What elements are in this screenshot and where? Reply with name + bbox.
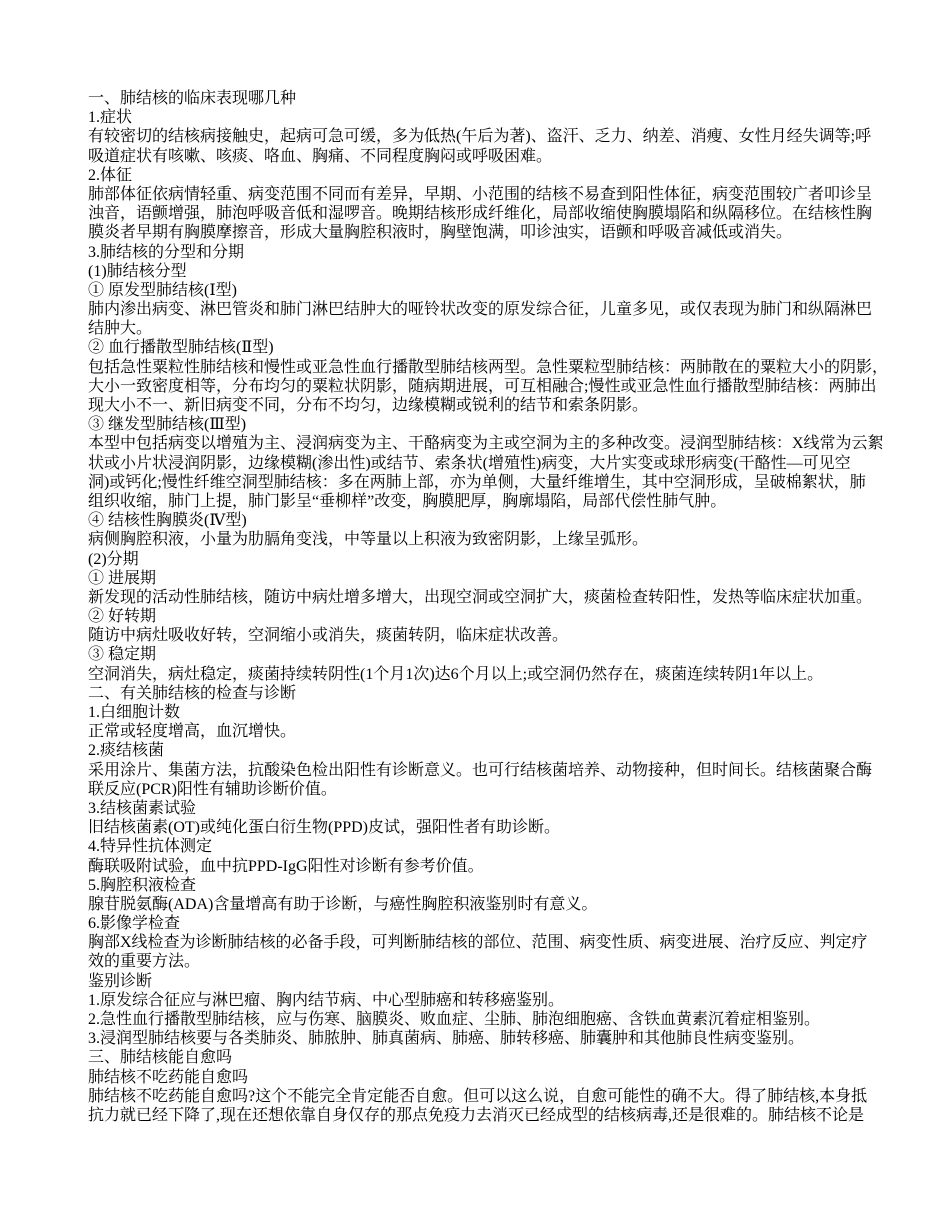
heading-line: ① 原发型肺结核(Ⅰ型) <box>88 281 940 300</box>
text-line: 浊音，语颤增强，肺泡呼吸音低和湿啰音。晚期结核形成纤维化，局部收缩使胸膜塌陷和纵… <box>88 204 940 223</box>
text-line: 腺苷脱氨酶(ADA)含量增高有助于诊断，与癌性胸腔积液鉴别时有意义。 <box>88 895 940 914</box>
heading-line: ① 进展期 <box>88 569 940 588</box>
text-line: 效的重要方法。 <box>88 952 940 971</box>
text-line: 结肿大。 <box>88 319 940 338</box>
text-line: 抗力就已经下降了,现在还想依靠自身仅存的那点免疫力去消灭已经成型的结核病毒,还是… <box>88 1106 940 1125</box>
text-line: 吸道症状有咳嗽、咳痰、咯血、胸痛、不同程度胸闷或呼吸困难。 <box>88 147 940 166</box>
heading-line: 6.影像学检查 <box>88 914 940 933</box>
heading-line: (1)肺结核分型 <box>88 262 940 281</box>
heading-line: ③ 继发型肺结核(Ⅲ型) <box>88 415 940 434</box>
text-line: 1.原发综合征应与淋巴瘤、胸内结节病、中心型肺癌和转移癌鉴别。 <box>88 991 940 1010</box>
text-line: 洞)或钙化;慢性纤维空洞型肺结核：多在两肺上部，亦为单侧，大量纤维增生，其中空洞… <box>88 473 940 492</box>
heading-line: (2)分期 <box>88 550 940 569</box>
heading-line: 3.结核菌素试验 <box>88 799 940 818</box>
heading-line: 2.痰结核菌 <box>88 741 940 760</box>
document-page: 一、肺结核的临床表现哪几种1.症状有较密切的结核病接触史，起病可急可缓，多为低热… <box>0 0 950 1230</box>
heading-line: ② 血行播散型肺结核(Ⅱ型) <box>88 338 940 357</box>
text-line: 旧结核菌素(OT)或纯化蛋白衍生物(PPD)皮试，强阳性者有助诊断。 <box>88 818 940 837</box>
text-line: 包括急性粟粒性肺结核和慢性或亚急性血行播散型肺结核两型。急性粟粒型肺结核：两肺散… <box>88 358 940 377</box>
text-line: 肺部体征依病情轻重、病变范围不同而有差异，早期、小范围的结核不易查到阳性体征，病… <box>88 185 940 204</box>
text-line: 酶联吸附试验，血中抗PPD-IgG阳性对诊断有参考价值。 <box>88 857 940 876</box>
article-text: 一、肺结核的临床表现哪几种1.症状有较密切的结核病接触史，起病可急可缓，多为低热… <box>88 89 940 1125</box>
text-line: 现大小不一、新旧病变不同，分布不均匀，边缘模糊或锐利的结节和索条阴影。 <box>88 396 940 415</box>
text-line: 膜炎者早期有胸膜摩擦音，形成大量胸腔积液时，胸壁饱满，叩诊浊实，语颤和呼吸音减低… <box>88 223 940 242</box>
text-line: 新发现的活动性肺结核，随访中病灶增多增大，出现空洞或空洞扩大，痰菌检查转阳性，发… <box>88 588 940 607</box>
text-line: 肺内渗出病变、淋巴管炎和肺门淋巴结肿大的哑铃状改变的原发综合征，儿童多见，或仅表… <box>88 300 940 319</box>
heading-line: 2.体征 <box>88 166 940 185</box>
text-line: 大小一致密度相等，分布均匀的粟粒状阴影，随病期进展，可互相融合;慢性或亚急性血行… <box>88 377 940 396</box>
text-line: 胸部X线检查为诊断肺结核的必备手段，可判断肺结核的部位、范围、病变性质、病变进展… <box>88 933 940 952</box>
heading-line: 4.特异性抗体测定 <box>88 837 940 856</box>
text-line: 3.浸润型肺结核要与各类肺炎、肺脓肿、肺真菌病、肺癌、肺转移癌、肺囊肿和其他肺良… <box>88 1029 940 1048</box>
text-line: 采用涂片、集菌方法，抗酸染色检出阳性有诊断意义。也可行结核菌培养、动物接种，但时… <box>88 761 940 780</box>
text-line: 随访中病灶吸收好转，空洞缩小或消失，痰菌转阴，临床症状改善。 <box>88 626 940 645</box>
heading-line: 5.胸腔积液检查 <box>88 876 940 895</box>
text-line: 有较密切的结核病接触史，起病可急可缓，多为低热(午后为著)、盗汗、乏力、纳差、消… <box>88 127 940 146</box>
heading-line: 二、有关肺结核的检查与诊断 <box>88 684 940 703</box>
heading-line: 三、肺结核能自愈吗 <box>88 1048 940 1067</box>
text-line: 状或小片状浸润阴影，边缘模糊(渗出性)或结节、索条状(增殖性)病变，大片实变或球… <box>88 454 940 473</box>
heading-line: 3.肺结核的分型和分期 <box>88 243 940 262</box>
text-line: 病侧胸腔积液，小量为肋膈角变浅，中等量以上积液为致密阴影，上缘呈弧形。 <box>88 530 940 549</box>
text-line: 空洞消失，病灶稳定，痰菌持续转阴性(1个月1次)达6个月以上;或空洞仍然存在，痰… <box>88 665 940 684</box>
text-line: 肺结核不吃药能自愈吗?这个不能完全肯定能否自愈。但可以这么说，自愈可能性的确不大… <box>88 1087 940 1106</box>
heading-line: ③ 稳定期 <box>88 645 940 664</box>
text-line: 2.急性血行播散型肺结核，应与伤寒、脑膜炎、败血症、尘肺、肺泡细胞癌、含铁血黄素… <box>88 1010 940 1029</box>
heading-line: 1.白细胞计数 <box>88 703 940 722</box>
text-line: 正常或轻度增高，血沉增快。 <box>88 722 940 741</box>
text-line: 组织收缩，肺门上提，肺门影呈“垂柳样”改变，胸膜肥厚，胸廓塌陷，局部代偿性肺气肿… <box>88 492 940 511</box>
heading-line: ② 好转期 <box>88 607 940 626</box>
heading-line: 1.症状 <box>88 108 940 127</box>
heading-line: 鉴别诊断 <box>88 972 940 991</box>
text-line: 联反应(PCR)阳性有辅助诊断价值。 <box>88 780 940 799</box>
heading-line: 肺结核不吃药能自愈吗 <box>88 1068 940 1087</box>
heading-line: ④ 结核性胸膜炎(Ⅳ型) <box>88 511 940 530</box>
text-line: 本型中包括病变以增殖为主、浸润病变为主、干酪病变为主或空洞为主的多种改变。浸润型… <box>88 434 940 453</box>
heading-line: 一、肺结核的临床表现哪几种 <box>88 89 940 108</box>
